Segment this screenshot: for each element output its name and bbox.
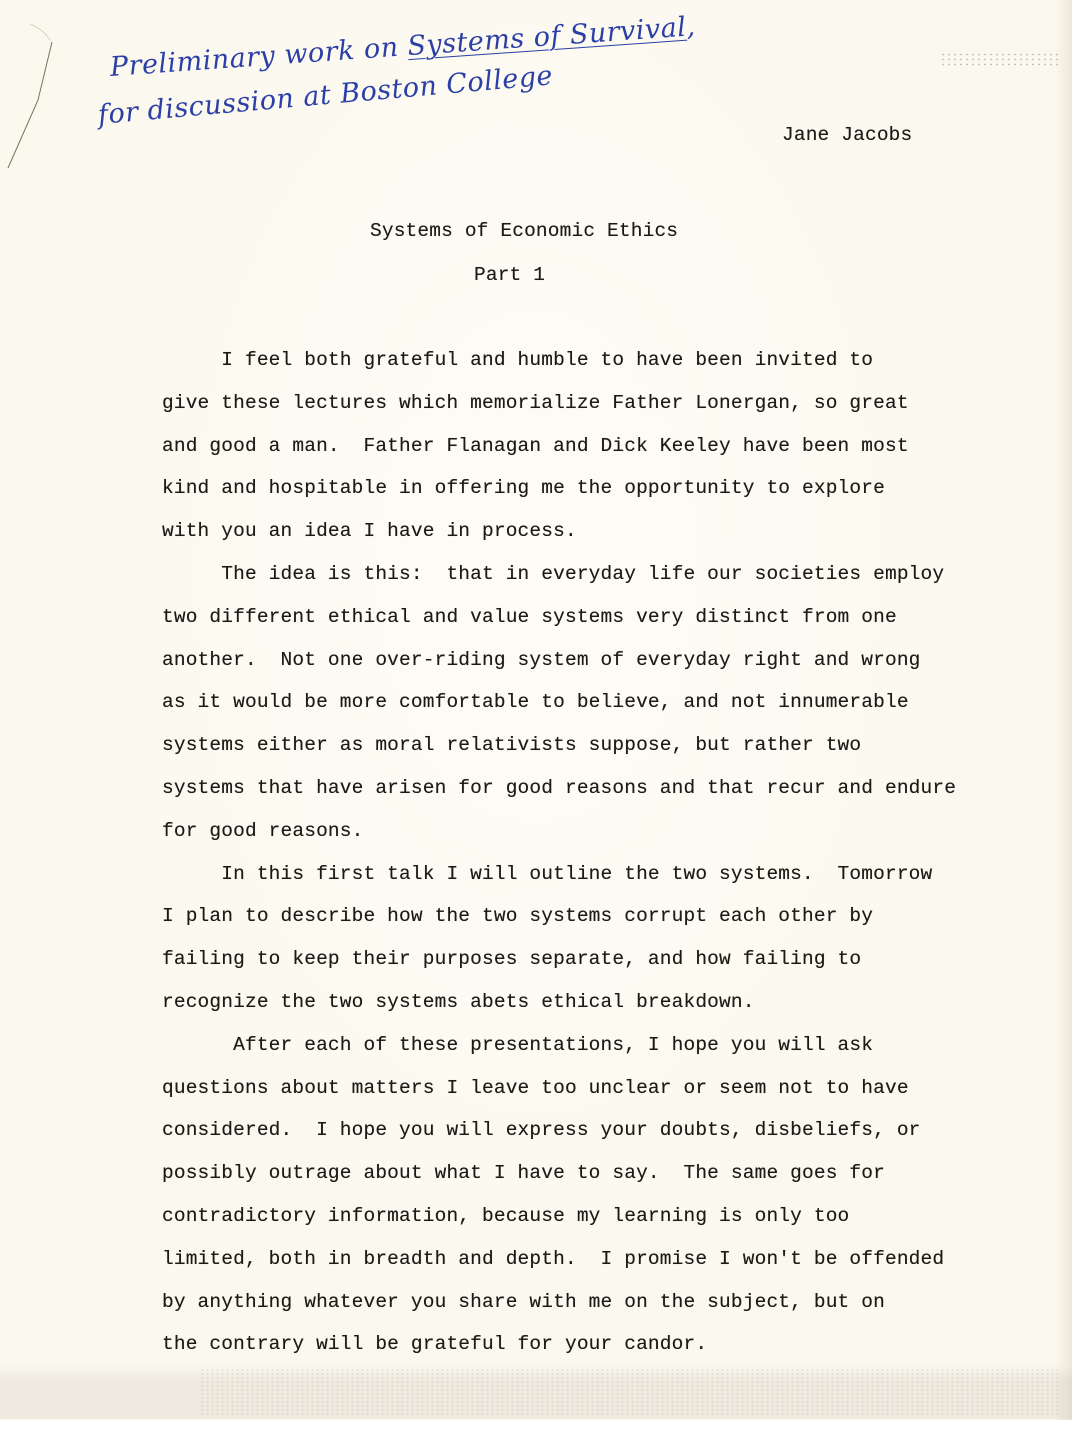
text-line: kind and hospitable in offering me the o…: [162, 475, 1042, 518]
text-line: limited, both in breadth and depth. I pr…: [162, 1246, 1042, 1289]
text-line: two different ethical and value systems …: [162, 604, 1042, 647]
body-text: I feel both grateful and humble to have …: [162, 347, 1042, 1374]
text-line: In this first talk I will outline the tw…: [162, 861, 1042, 904]
text-line: contradictory information, because my le…: [162, 1203, 1042, 1246]
scan-speckle-top: [940, 52, 1060, 66]
text-line: by anything whatever you share with me o…: [162, 1289, 1042, 1332]
text-line: systems either as moral relativists supp…: [162, 732, 1042, 775]
document-page: Preliminary work on Systems of Survival,…: [0, 0, 1072, 1420]
text-line: The idea is this: that in everyday life …: [162, 561, 1042, 604]
text-line: another. Not one over-riding system of e…: [162, 647, 1042, 690]
text-line: with you an idea I have in process.: [162, 518, 1042, 561]
text-line: systems that have arisen for good reason…: [162, 775, 1042, 818]
text-line: questions about matters I leave too uncl…: [162, 1075, 1042, 1118]
text-line: considered. I hope you will express your…: [162, 1117, 1042, 1160]
scan-speckle-bottom: [200, 1368, 1060, 1416]
annotation-text: Preliminary work on: [109, 31, 409, 83]
text-line: I plan to describe how the two systems c…: [162, 903, 1042, 946]
text-line: possibly outrage about what I have to sa…: [162, 1160, 1042, 1203]
text-line: give these lectures which memorialize Fa…: [162, 390, 1042, 433]
handwritten-annotation-line1: Preliminary work on Systems of Survival,: [109, 11, 697, 83]
document-title: Systems of Economic Ethics: [370, 220, 678, 242]
text-line: recognize the two systems abets ethical …: [162, 989, 1042, 1032]
part-heading: Part 1: [474, 264, 545, 286]
folded-corner-mark: [0, 0, 60, 170]
text-line: for good reasons.: [162, 818, 1042, 861]
annotation-underlined-title: Systems of Survival: [406, 12, 687, 62]
author-name: Jane Jacobs: [782, 124, 912, 146]
text-line: After each of these presentations, I hop…: [162, 1032, 1042, 1075]
text-line: and good a man. Father Flanagan and Dick…: [162, 433, 1042, 476]
annotation-comma: ,: [685, 11, 696, 43]
text-line: I feel both grateful and humble to have …: [162, 347, 1042, 390]
page-edge-shadow: [1054, 0, 1072, 1420]
text-line: as it would be more comfortable to belie…: [162, 689, 1042, 732]
text-line: failing to keep their purposes separate,…: [162, 946, 1042, 989]
